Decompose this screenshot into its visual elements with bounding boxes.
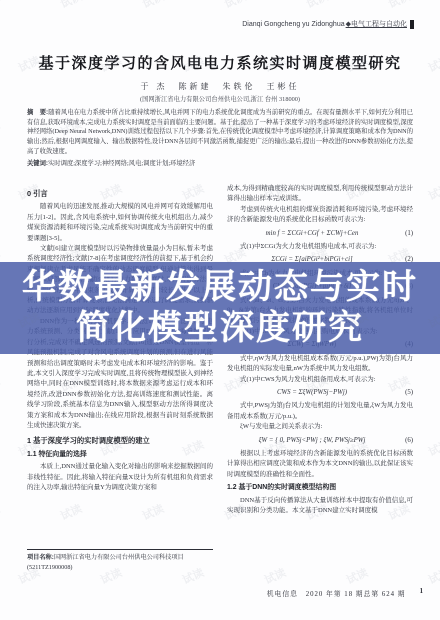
equation-body: ξW = { 0, PWSj<PWj ; ξW, PWSj≥PWj — [227, 436, 397, 446]
journal-name-chinese: ◆电气工程与自动化 — [346, 19, 407, 29]
paragraph: 式中,PWSj为第j台风力发电机组的计划发电量,ξW为风力发电备用成本系数(万元… — [227, 401, 413, 422]
equation-6: ξW = { 0, PWSj<PWj ; ξW, PWSj≥PWj(6) — [227, 436, 413, 446]
paragraph: DNN基于反向传播算法从大量训练样本中提取有价值信息,可实现识别和分类功能。本文… — [227, 496, 413, 517]
overlay-text-line2: 简化模型深度研究 — [76, 308, 364, 349]
abstract-paragraph: 摘 要:随着风电在电力系统中所占比重持续增长,风电并网下的电力系统优化调度成为当… — [27, 108, 413, 157]
paragraph: 考虑到传统火电机组的煤炭资源消耗和环境污染,考虑环境经济的含新能源发电的系统优化… — [227, 205, 413, 226]
section-heading-1: 1 基于深度学习的实时调度模型的建立 — [27, 436, 213, 446]
equation-body: CWS = ΣξW(PWSj−PWj) — [227, 388, 397, 398]
abstract-block: 摘 要:随着风电在电力系统中所占比重持续增长,风电并网下的电力系统优化调度成为当… — [27, 108, 413, 168]
watermark-stamp: 试读 — [304, 0, 331, 12]
footnote-label: 项目名称: — [27, 554, 54, 561]
paragraph: ξW与发电量之间关系表示为: — [227, 422, 413, 432]
section-heading-intro: 0 引言 — [27, 189, 213, 199]
watermark-stamp: 试读 — [222, 0, 249, 12]
keywords-line: 关键词:实时调度;深度学习;神经网络;风电;调度计划;环境经济 — [27, 159, 413, 169]
footnote-text: 国网浙江省电力有限公司台州供电公司科技项目 — [54, 554, 184, 561]
equation-number: (1) — [397, 229, 413, 239]
keywords-text: 实时调度;深度学习;神经网络;风电;调度计划;环境经济 — [48, 160, 195, 167]
section-heading-1-1: 1.1 特征向量的选择 — [27, 450, 213, 460]
paper-page: 试读试读试读试读试读试读试读试读试读试读试读试读试读试读试读试读试读试读试读试读… — [0, 0, 440, 620]
paragraph: 式中,ηW为风力发电机组成本系数(万元/p.u.),PWj为第j台风力发电机组的… — [227, 354, 413, 375]
paragraph: 式(1)中CWS为风力发电机组备用成本,可表示为: — [227, 375, 413, 385]
project-footnote: 项目名称:国网浙江省电力有限公司台州供电公司科技项目 (5211TZ190000… — [27, 549, 213, 573]
paragraph: 成本,为得到精确度较高的实时调度模型,利用传统模型驱动方法计算得出输出样本完成训… — [227, 184, 413, 205]
watermark-stamp: 试读 — [0, 0, 2, 12]
watermark-stamp: 试读 — [0, 372, 2, 396]
watermark-stamp: 试读 — [426, 564, 440, 588]
watermark-stamp: 试读 — [426, 436, 440, 460]
watermark-stamp: 试读 — [58, 0, 85, 12]
watermark-stamp: 试读 — [344, 564, 371, 588]
watermark-stamp: 试读 — [262, 564, 289, 588]
watermark-stamp: 试读 — [0, 116, 2, 140]
page-footer: 机电信息 2020 年第 18 期总第 624 期 1 — [267, 588, 424, 598]
journal-name-pinyin: Dianqi Gongcheng yu Zidonghua — [242, 21, 344, 28]
watermark-stamp: 试读 — [140, 0, 167, 12]
equation-number: (6) — [397, 436, 413, 446]
watermark-stamp: 试读 — [426, 180, 440, 204]
paragraph: 本质上,DNN通过量化输入变化对输出的影响来挖掘数据间的非线性特征。因此,将输入… — [27, 462, 213, 493]
promo-overlay-banner: 华数最新发展动态与实时 简化模型深度研究 — [0, 262, 440, 354]
equation-number: (5) — [397, 388, 413, 398]
equation-body: min f = ΣCGi+CGf + ΣCWj+Cen — [227, 229, 397, 239]
equation-5: CWS = ΣξW(PWSj−PWj)(5) — [227, 388, 413, 398]
paper-title: 基于深度学习的含风电电力系统实时调度模型研究 — [10, 52, 430, 73]
footer-journal-issue: 机电信息 2020 年第 18 期总第 624 期 — [267, 588, 406, 598]
paragraph: 式(1)中ΣCGi为火力发电机组购电成本,可表示为: — [227, 242, 413, 252]
section-heading-1-2: 1.2 基于DNN的实时调度模型结构图 — [227, 483, 413, 493]
overlay-text-line1: 华数最新发展动态与实时 — [22, 267, 418, 308]
affiliation-line: (国网浙江省电力有限公司台州供电公司,浙江 台州 318000) — [0, 94, 440, 103]
paragraph: 根据以上考虑环境经济的含新能源发电的系统优化目标函数计算得出相应调度决策和成本作… — [227, 449, 413, 480]
journal-header: Dianqi Gongcheng yu Zidonghua◆电气工程与自动化 — [242, 19, 414, 29]
paragraph: 随着风电的迅速发展,推动大规模的风电并网可有效缓解用电压力[1-2]。因此,含风… — [27, 202, 213, 244]
footnote-line1: 项目名称:国网浙江省电力有限公司台州供电公司科技项目 — [27, 553, 213, 563]
watermark-stamp: 试读 — [386, 0, 413, 12]
abstract-label: 摘 要: — [27, 109, 48, 116]
equation-1: min f = ΣCGi+CGf + ΣCWj+Cen(1) — [227, 229, 413, 239]
keywords-label: 关键词: — [27, 160, 48, 167]
header-end-bar-icon — [410, 20, 414, 29]
abstract-text: 随着风电在电力系统中所占比重持续增长,风电并网下的电力系统优化调度成为当前研究的… — [27, 109, 413, 155]
footnote-line2: (5211TZ1900008) — [27, 563, 213, 573]
authors-line: 于 杰 陈新建 朱轶伦 王彬任 — [0, 81, 440, 92]
page-number: 1 — [420, 588, 424, 598]
watermark-stamp: 试读 — [0, 500, 2, 524]
